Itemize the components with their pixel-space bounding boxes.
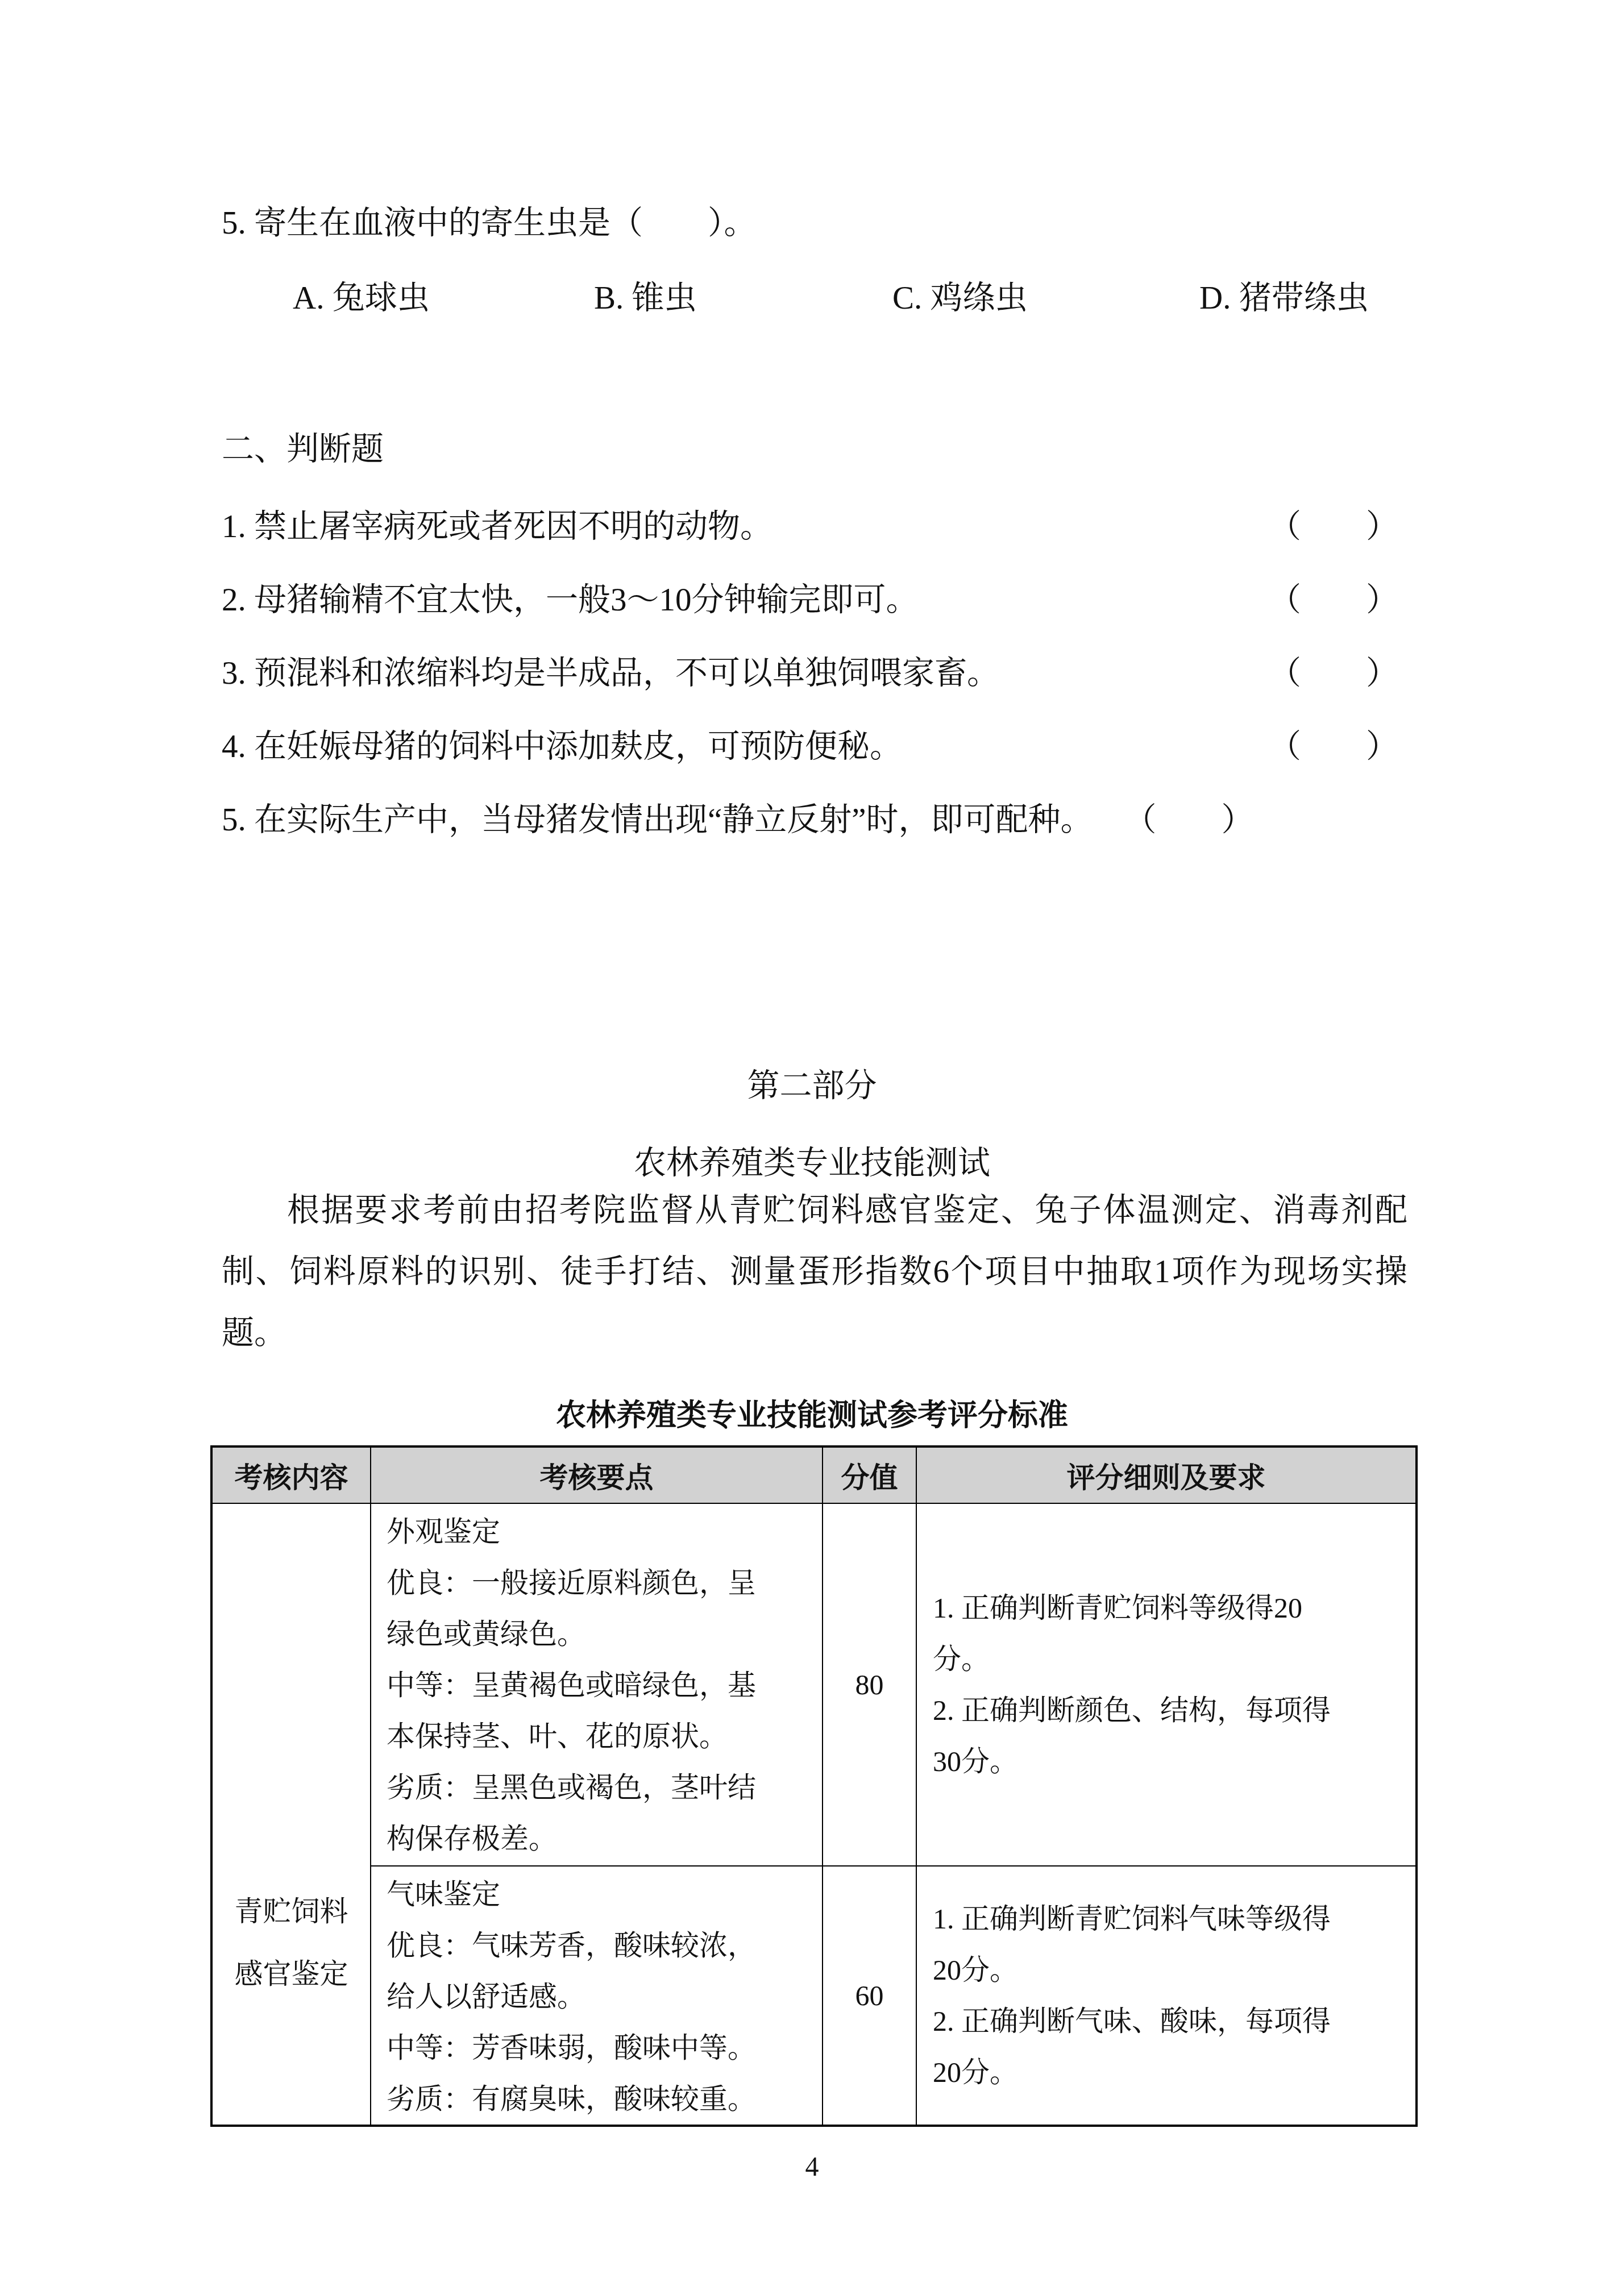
header-exam-content: 考核内容 <box>211 1446 371 1503</box>
judgment-item-2: 2. 母猪输精不宜太快，一般3～10分钟输完即可。 （ ） <box>222 581 1398 655</box>
judgment-item-3: 3. 预混料和浓缩料均是半成品，不可以单独饲喂家畜。 （ ） <box>222 655 1398 728</box>
score-table: 考核内容 考核要点 分值 评分细则及要求 青贮饲料 感官鉴定 外观鉴定 优良：一… <box>210 1445 1418 2127</box>
judgment-item-5-text: 5. 在实际生产中，当母猪发情出现“静立反射”时，即可配种。 <box>222 801 1093 839</box>
option-a: A. 兔球虫 <box>293 280 594 317</box>
document-page: 5. 寄生在血液中的寄生虫是（ ）。 A. 兔球虫 B. 锥虫 C. 鸡绦虫 D… <box>0 0 1624 2278</box>
judgment-item-1: 1. 禁止屠宰病死或者死因不明的动物。 （ ） <box>222 508 1398 581</box>
page-number: 4 <box>0 2151 1624 2183</box>
judgment-item-5: 5. 在实际生产中，当母猪发情出现“静立反射”时，即可配种。 （ ） <box>222 801 1398 875</box>
table-row-smell: 气味鉴定 优良：气味芳香，酸味较浓， 给人以舒适感。 中等：芳香味弱，酸味中等。… <box>211 1866 1417 2126</box>
judgment-item-2-answer-blank: （ ） <box>1269 581 1398 619</box>
cell-smell-score: 60 <box>823 1866 916 2126</box>
judgment-item-5-answer-blank: （ ） <box>1124 801 1254 839</box>
judgment-item-4: 4. 在妊娠母猪的饲料中添加麸皮，可预防便秘。 （ ） <box>222 728 1398 801</box>
question-5-options: A. 兔球虫 B. 锥虫 C. 鸡绦虫 D. 猪带绦虫 <box>293 280 1486 317</box>
header-scoring-rules: 评分细则及要求 <box>916 1446 1417 1503</box>
cell-content-category: 青贮饲料 感官鉴定 <box>211 1503 371 2126</box>
part2-subheading: 农林养殖类专业技能测试 <box>0 1145 1624 1182</box>
header-score-value: 分值 <box>823 1446 916 1503</box>
intro-paragraph: 根据要求考前由招考院监督从青贮饲料感官鉴定、兔子体温测定、消毒剂配制、饲料原料的… <box>222 1180 1407 1364</box>
judgment-item-2-text: 2. 母猪输精不宜太快，一般3～10分钟输完即可。 <box>222 581 919 619</box>
header-exam-points: 考核要点 <box>371 1446 823 1503</box>
cell-smell-points: 气味鉴定 优良：气味芳香，酸味较浓， 给人以舒适感。 中等：芳香味弱，酸味中等。… <box>371 1866 823 2126</box>
score-table-title: 农林养殖类专业技能测试参考评分标准 <box>0 1391 1624 1435</box>
judgment-item-1-text: 1. 禁止屠宰病死或者死因不明的动物。 <box>222 508 772 546</box>
judgment-item-4-answer-blank: （ ） <box>1269 728 1398 766</box>
judgment-item-3-answer-blank: （ ） <box>1269 655 1398 692</box>
judgment-list: 1. 禁止屠宰病死或者死因不明的动物。 （ ） 2. 母猪输精不宜太快，一般3～… <box>222 508 1398 875</box>
cell-appearance-score: 80 <box>823 1503 916 1866</box>
option-c: C. 鸡绦虫 <box>892 280 1199 317</box>
option-d: D. 猪带绦虫 <box>1199 280 1369 317</box>
cell-appearance-points: 外观鉴定 优良：一般接近原料颜色，呈 绿色或黄绿色。 中等：呈黄褐色或暗绿色，基… <box>371 1503 823 1866</box>
question-5-stem: 5. 寄生在血液中的寄生虫是（ ）。 <box>222 205 1415 242</box>
cell-appearance-details: 1. 正确判断青贮饲料等级得20 分。 2. 正确判断颜色、结构，每项得 30分… <box>916 1503 1417 1866</box>
judgment-item-1-answer-blank: （ ） <box>1269 508 1398 546</box>
judgment-section-title: 二、判断题 <box>222 431 384 468</box>
cell-smell-details: 1. 正确判断青贮饲料气味等级得 20分。 2. 正确判断气味、酸味，每项得 2… <box>916 1866 1417 2126</box>
option-b: B. 锥虫 <box>594 280 892 317</box>
table-row-appearance: 青贮饲料 感官鉴定 外观鉴定 优良：一般接近原料颜色，呈 绿色或黄绿色。 中等：… <box>211 1503 1417 1866</box>
judgment-item-3-text: 3. 预混料和浓缩料均是半成品，不可以单独饲喂家畜。 <box>222 655 999 692</box>
part2-heading: 第二部分 <box>0 1067 1624 1105</box>
score-table-header-row: 考核内容 考核要点 分值 评分细则及要求 <box>211 1446 1417 1503</box>
judgment-item-4-text: 4. 在妊娠母猪的饲料中添加麸皮，可预防便秘。 <box>222 728 902 766</box>
